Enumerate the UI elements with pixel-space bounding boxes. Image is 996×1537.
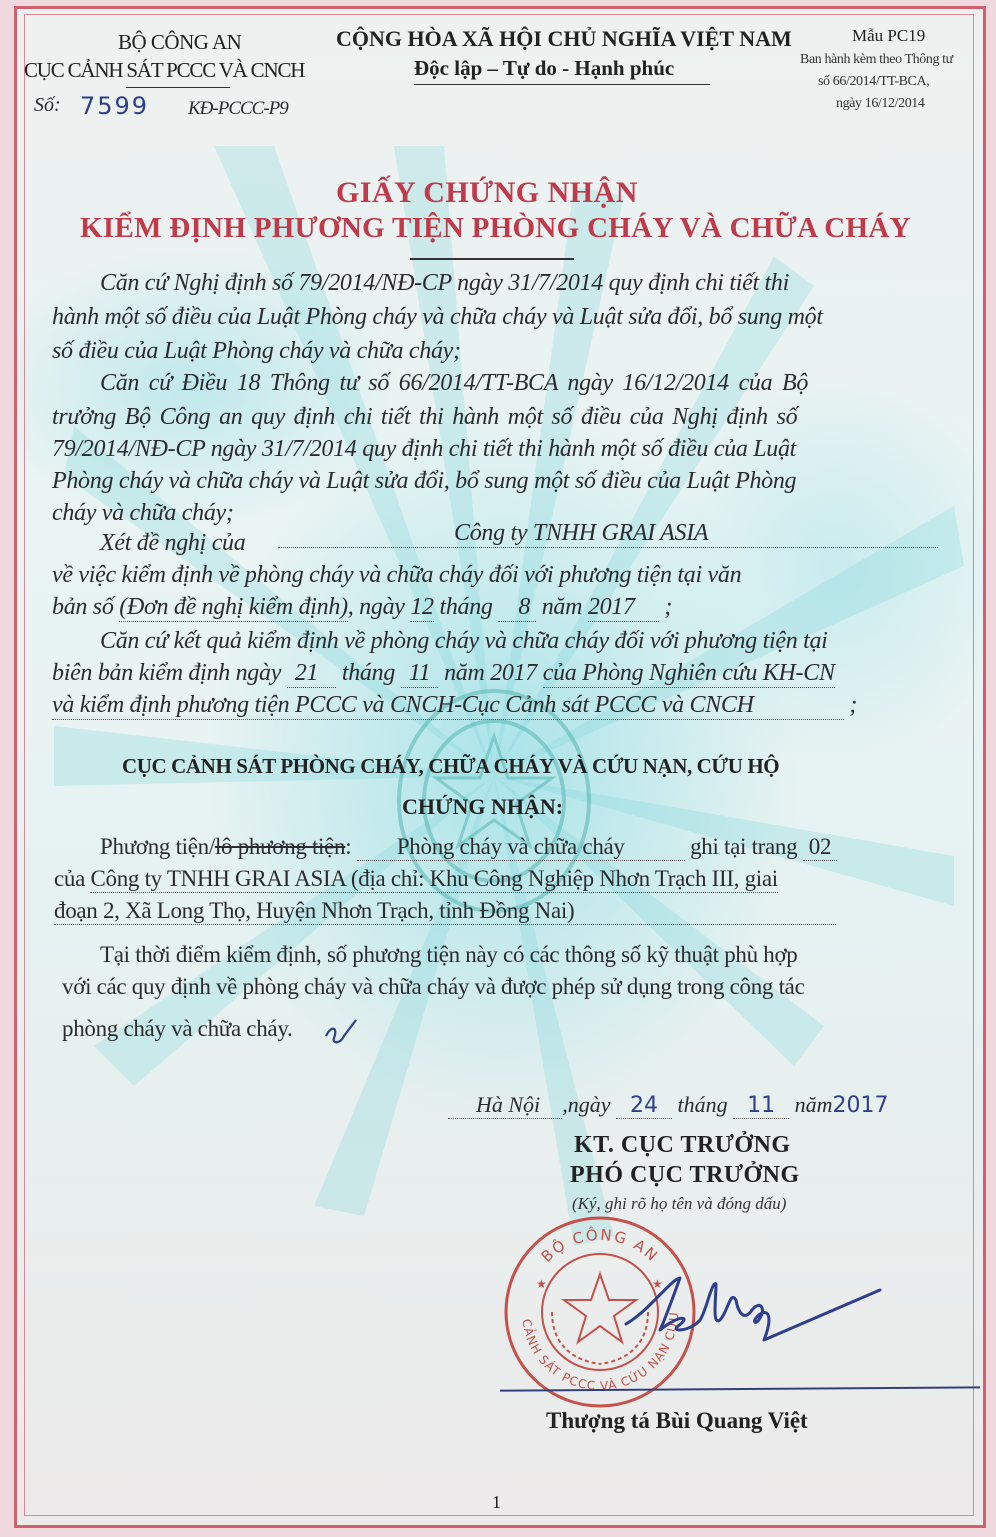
form-note-1: Ban hành kèm theo Thông tư [800,52,953,68]
p2-line-2: trưởng Bộ Công an quy định chi tiết thi … [52,404,797,431]
owner-line-1: của Công ty TNHH GRAI ASIA (địa chỉ: Khu… [54,866,778,893]
request-line-3: bản số (Đơn đề nghị kiểm định), ngày 12 … [52,594,672,622]
svg-text:BỘ CÔNG AN: BỘ CÔNG AN [538,1225,663,1266]
request-company: Công ty TNHH GRAI ASIA [454,520,708,546]
svg-text:★: ★ [536,1277,547,1291]
date-month: 11 [733,1093,789,1119]
certificate-code: KĐ-PCCC-P9 [188,98,288,120]
p1-line-2: hành một số điều của Luật Phòng cháy và … [52,304,823,331]
request-month: 8 [498,594,536,622]
result-org-2: và kiểm định phương tiện PCCC và CNCH-Cụ… [52,692,844,720]
department-name: CỤC CẢNH SÁT PCCC VÀ CNCH [24,58,304,83]
result-day: 21 [287,660,336,688]
result-month-label: tháng [342,660,395,686]
title-line-1: GIẤY CHỨNG NHẬN [336,176,638,210]
date-year-label: năm [795,1092,833,1117]
result-month: 11 [401,660,439,688]
agency-name: CỤC CẢNH SÁT PHÒNG CHÁY, CHỮA CHÁY VÀ CỨ… [122,754,779,779]
result-line-3: và kiểm định phương tiện PCCC và CNCH-Cụ… [52,692,857,720]
signer-title-2: PHÓ CỤC TRƯỞNG [570,1162,800,1189]
page-value: 02 [803,834,837,861]
owner-address-2: đoạn 2, Xã Long Thọ, Huyện Nhơn Trạch, t… [54,898,836,925]
item-value: Phòng cháy và chữa cháy [357,834,685,861]
request-end: ; [664,594,672,620]
initial-check-mark [322,1014,362,1050]
conclusion-line-2: với các quy định về phòng cháy và chữa c… [62,974,805,1000]
certificate-number: 7599 [80,92,149,120]
result-end: ; [849,692,857,718]
owner-line-2: đoạn 2, Xã Long Thọ, Huyện Nhơn Trạch, t… [54,898,836,925]
signer-title-1: KT. CỤC TRƯỞNG [574,1132,791,1159]
handwritten-signature [620,1270,890,1360]
result-org-1: của Phòng Nghiên cứu KH-CN [543,660,835,688]
request-doc-prefix: bản số [52,594,114,620]
owner-label: của [54,866,85,891]
result-year-label: năm [444,660,484,686]
p2-line-1: Căn cứ Điều 18 Thông tư số 66/2014/TT-BC… [100,370,808,397]
certifies-heading: CHỨNG NHẬN: [402,794,563,820]
p1-line-3: số điều của Luật Phòng cháy và chữa cháy… [52,338,461,365]
p2-line-4: Phòng cháy và chữa cháy và Luật sửa đổi,… [52,468,796,495]
department-underline [126,87,230,88]
title-underline [410,258,574,260]
page-number: 1 [492,1492,501,1513]
request-label: Xét đề nghị của [100,530,245,557]
stamp-top-text: BỘ CÔNG AN [538,1225,663,1266]
page-label: ghi tại trang [690,834,797,859]
date-line: Hà Nội,ngày 24 tháng 11 năm2017 [448,1092,888,1119]
date-day: 24 [616,1093,672,1119]
owner-address-1: Công ty TNHH GRAI ASIA (địa chỉ: Khu Côn… [90,866,777,893]
result-line-1: Căn cứ kết quả kiểm định về phòng cháy v… [100,628,828,655]
p2-line-5: cháy và chữa cháy; [52,500,234,527]
signer-name: Thượng tá Bùi Quang Việt [546,1408,808,1434]
item-label: Phương tiện/ [100,834,215,859]
request-year: 2017 [588,594,659,622]
result-line-2: biên bản kiểm định ngày 21 tháng 11 năm … [52,660,835,688]
form-note-2: số 66/2014/TT-BCA, [818,74,929,90]
request-month-label: tháng [439,594,492,620]
ministry-name: BỘ CÔNG AN [118,30,241,55]
item-line: Phương tiện/lô phương tiện: Phòng cháy v… [100,834,837,861]
request-date-label: , ngày [348,594,405,620]
request-day: 12 [410,594,433,622]
number-label: Số: [34,94,61,117]
title-line-2: KIỂM ĐỊNH PHƯƠNG TIỆN PHÒNG CHÁY VÀ CHỮA… [80,212,911,245]
request-doc-type: (Đơn đề nghị kiểm định) [119,594,348,622]
motto-underline [414,84,710,85]
signature-place: Hà Nội [448,1092,562,1119]
date-month-label: tháng [677,1092,727,1117]
result-date-label: biên bản kiểm định ngày [52,660,281,686]
p1-line-1: Căn cứ Nghị định số 79/2014/NĐ-CP ngày 3… [100,270,789,297]
item-label-colon: : [345,834,351,859]
p2-line-3: 79/2014/NĐ-CP ngày 31/7/2014 quy định ch… [52,436,796,463]
item-label-struck: lô phương tiện [215,834,345,859]
form-code: Mẫu PC19 [852,26,925,46]
request-year-label: năm [542,594,582,620]
signature-note: (Ký, ghi rõ họ tên và đóng dấu) [572,1194,786,1214]
conclusion-line-3: phòng cháy và chữa cháy. [62,1016,292,1042]
result-year: 2017 [490,660,537,686]
date-day-label: ngày [568,1092,611,1117]
date-year: 2017 [832,1093,888,1118]
request-line-2: về việc kiểm định về phòng cháy và chữa … [52,562,741,589]
national-motto: Độc lập – Tự do - Hạnh phúc [414,56,674,81]
nation-name: CỘNG HÒA XÃ HỘI CHỦ NGHĨA VIỆT NAM [336,26,792,52]
form-note-3: ngày 16/12/2014 [836,96,925,112]
request-company-field: Công ty TNHH GRAI ASIA [278,520,938,548]
conclusion-line-1: Tại thời điểm kiểm định, số phương tiện … [100,942,798,968]
